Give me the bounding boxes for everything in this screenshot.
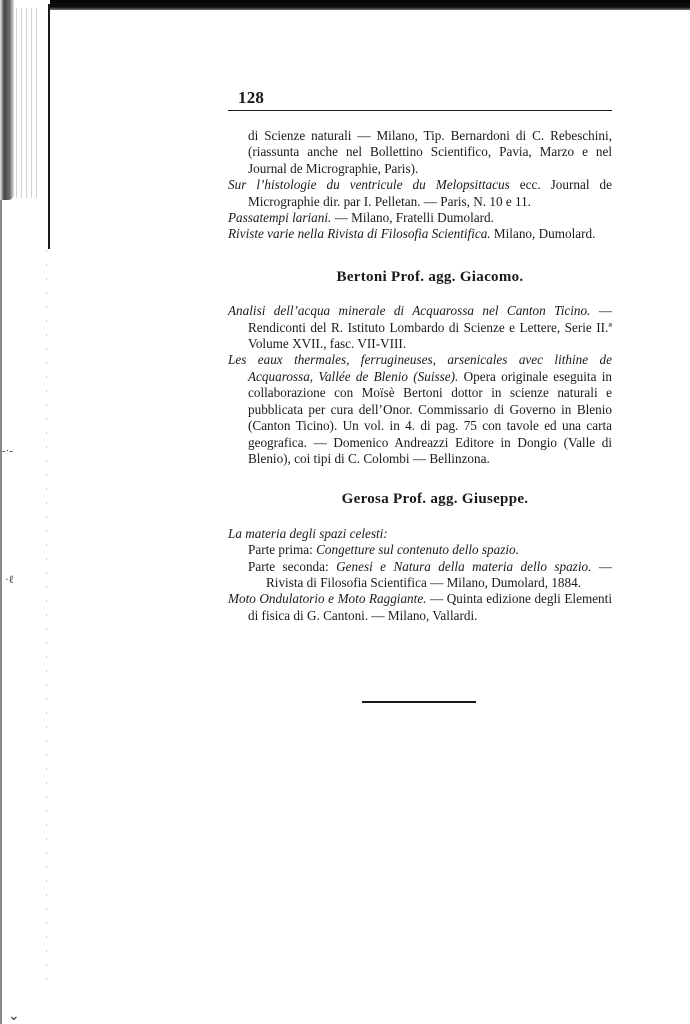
bibliography-entry: Les eaux thermales, ferrugineuses, arsen… bbox=[228, 352, 612, 467]
bibliography-entry: La materia degli spazi celesti: bbox=[228, 526, 612, 542]
gutter-dotted-line bbox=[46, 250, 47, 990]
part-title: Genesi e Natura della materia dello spaz… bbox=[336, 559, 591, 574]
bibliography-entry: Riviste varie nella Rivista di Filosofia… bbox=[228, 226, 612, 242]
entry-details: Milano, Dumolard. bbox=[491, 226, 596, 241]
section-end-rule bbox=[362, 701, 476, 703]
entry-continuation: di Scienze naturali — Milano, Tip. Berna… bbox=[228, 128, 612, 177]
section-heading-gerosa: Gerosa Prof. agg. Giuseppe. bbox=[228, 491, 612, 507]
entry-title: La materia degli spazi celesti: bbox=[228, 526, 388, 541]
running-head: 128 bbox=[228, 84, 612, 111]
gutter-fold-line bbox=[48, 4, 50, 249]
margin-mark: -·- bbox=[2, 446, 13, 457]
margin-mark: ·ℓ bbox=[5, 575, 14, 586]
part-title: Congetture sul contenuto dello spazio. bbox=[316, 542, 519, 557]
scan-top-edge bbox=[38, 0, 690, 10]
bibliography-subentry: Parte seconda: Genesi e Natura della mat… bbox=[228, 559, 612, 592]
scan-binding-edge bbox=[0, 0, 50, 1024]
bibliography-entry: Analisi dell’acqua minerale di Acquaross… bbox=[228, 303, 612, 352]
book-page: 128 di Scienze naturali — Milano, Tip. B… bbox=[228, 84, 612, 624]
entry-title: Sur l’histologie du ventricule du Melops… bbox=[228, 177, 510, 192]
entry-title: Riviste varie nella Rivista di Filosofia… bbox=[228, 226, 491, 241]
part-label: Parte seconda: bbox=[248, 559, 336, 574]
bibliography-entry: Moto Ondulatorio e Moto Raggiante. — Qui… bbox=[228, 591, 612, 624]
binding-page-edges bbox=[16, 8, 38, 198]
page-number: 128 bbox=[238, 88, 264, 108]
bibliography-subentry: Parte prima: Congetture sul contenuto de… bbox=[228, 542, 612, 558]
entry-title: Passatempi lariani. bbox=[228, 210, 331, 225]
entry-title: Moto Ondulatorio e Moto Raggiante. bbox=[228, 591, 426, 606]
margin-mark: ⌄ bbox=[8, 1010, 20, 1024]
section-heading-bertoni: Bertoni Prof. agg. Giacomo. bbox=[228, 269, 612, 285]
binding-shadow bbox=[0, 0, 14, 200]
entry-details: — Milano, Fratelli Dumolard. bbox=[331, 210, 494, 225]
bibliography-entry: Passatempi lariani. — Milano, Fratelli D… bbox=[228, 210, 612, 226]
bibliography: di Scienze naturali — Milano, Tip. Berna… bbox=[228, 128, 612, 624]
scan-left-border bbox=[0, 200, 2, 1024]
part-label: Parte prima: bbox=[248, 542, 316, 557]
entry-title: Analisi dell’acqua minerale di Acquaross… bbox=[228, 303, 590, 318]
bibliography-entry: Sur l’histologie du ventricule du Melops… bbox=[228, 177, 612, 210]
